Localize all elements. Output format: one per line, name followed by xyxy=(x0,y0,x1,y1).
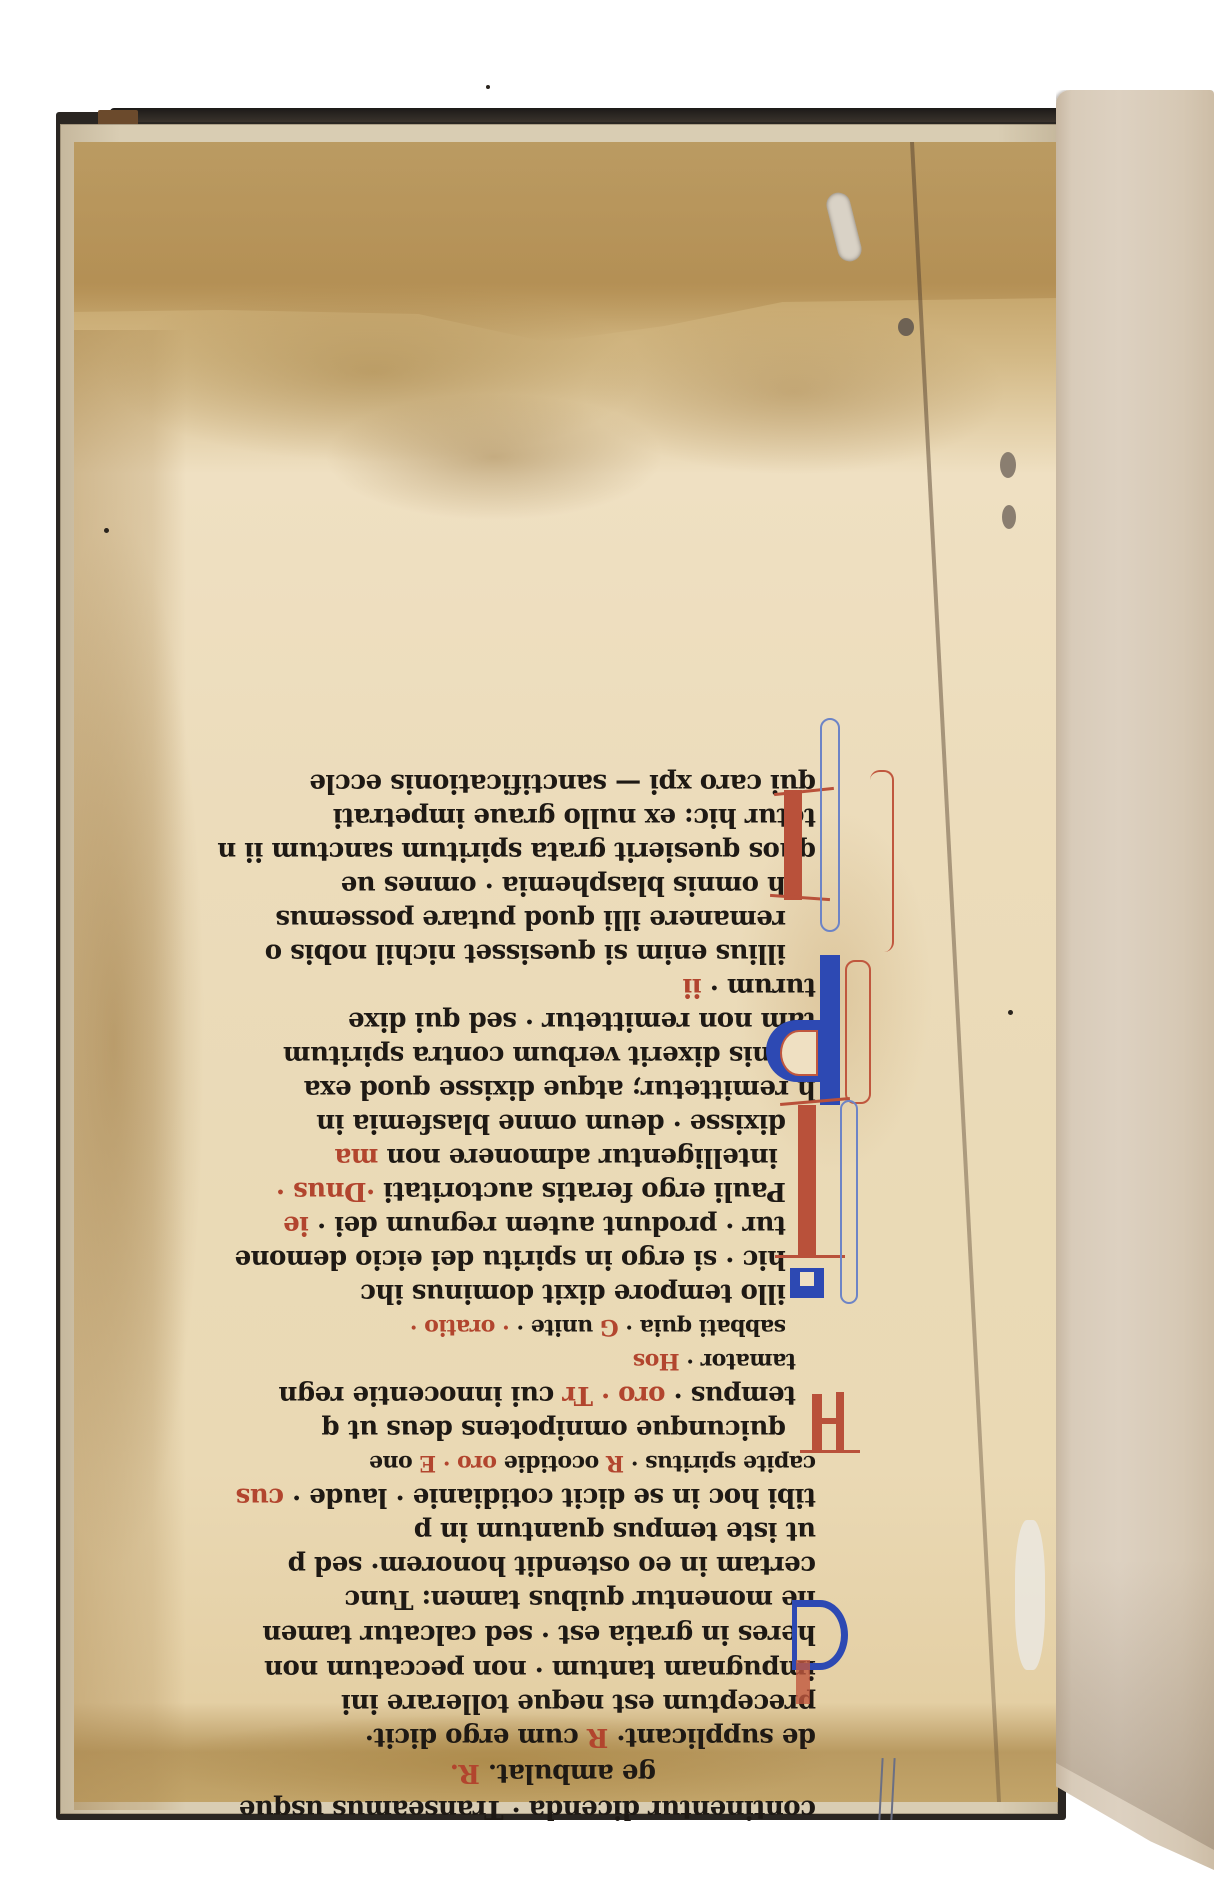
text-line: impugnam tantum · non peccatum non xyxy=(86,1652,816,1686)
text-line: tam non remittetur · sed qui dixe xyxy=(86,1004,816,1038)
text-line: tamator · Hos xyxy=(66,1344,816,1378)
text-line: quicunque omnipotens deus ut q xyxy=(56,1412,816,1446)
text-line: ut iste tempus quantum in p xyxy=(86,1514,816,1548)
abrasion-patch xyxy=(1015,1520,1045,1670)
pen-flourish-red xyxy=(845,960,871,1104)
text-line: h remittetur; atque dixisse quod exa xyxy=(86,1072,816,1106)
text-line: intelligentur admonere non ma xyxy=(48,1140,816,1174)
text-line: de supplicant· R cum ergo dicit· xyxy=(86,1720,816,1754)
text-line: turum · ii xyxy=(86,970,816,1004)
board-top-edge xyxy=(110,108,1060,122)
text-line: quos quesierit grata spiritum sanctum ii… xyxy=(86,834,816,868)
text-line: heres in gratia est · sed calcatur tamen xyxy=(86,1617,816,1651)
worm-hole xyxy=(1002,505,1016,529)
text-line: tur · produnt autem regnum dei · ie xyxy=(56,1208,816,1242)
text-line: illius enim si quesisset nichil nobis o xyxy=(56,936,816,970)
text-line: tetur hic: ex nullo graue impetrati xyxy=(86,800,816,834)
pen-flourish-blue xyxy=(820,718,840,932)
text-line: Pauli ergo feratis auctoritati ·Dnus · xyxy=(56,1174,816,1208)
text-line: hic · si ergo in spiritu dei eicio demon… xyxy=(56,1242,816,1276)
text-line: tempus · oro · Tr cui innocentie regn xyxy=(66,1378,816,1412)
text-line: ge ambulat. R. xyxy=(0,1756,816,1790)
text-line: preceptum est neque tollerare ini xyxy=(86,1686,816,1720)
dust-speck xyxy=(486,85,490,89)
ink-speck xyxy=(104,528,109,533)
worm-hole xyxy=(898,318,914,336)
text-line: certam in eo ostendit honorem· sed p xyxy=(86,1548,816,1582)
text-line: illo tempore dixit dominus ihc xyxy=(56,1276,816,1310)
text-line: dixisse · deum omne blasfemia in xyxy=(56,1106,816,1140)
text-line: h omnis blasphemia · omnes ue xyxy=(56,868,816,902)
text-line: ne monentur quibus tamen: Tunc xyxy=(86,1582,816,1616)
pen-flourish-red xyxy=(870,770,894,952)
text-line: tibi hoc in se dicit cotidianie · laude … xyxy=(86,1480,816,1514)
text-line: sabbati quia · G unite · · oratio · xyxy=(56,1310,816,1344)
worm-hole xyxy=(1000,452,1016,478)
text-line: remanere illi quod putare possemus xyxy=(56,902,816,936)
manuscript-text-block: continentur dicenda · Transeamus usque g… xyxy=(86,698,816,1826)
text-line: capite spiritus · R ocotidie oro · E one xyxy=(86,1446,816,1480)
text-line: carnis dixerit verbum contra spiritum xyxy=(86,1038,816,1072)
ink-speck xyxy=(1008,1010,1013,1015)
text-line: qui caro xpi — sanctificationis eccle xyxy=(86,766,816,800)
pen-flourish-blue xyxy=(840,1100,858,1304)
text-line: continentur dicenda · Transeamus usque xyxy=(86,1792,816,1826)
